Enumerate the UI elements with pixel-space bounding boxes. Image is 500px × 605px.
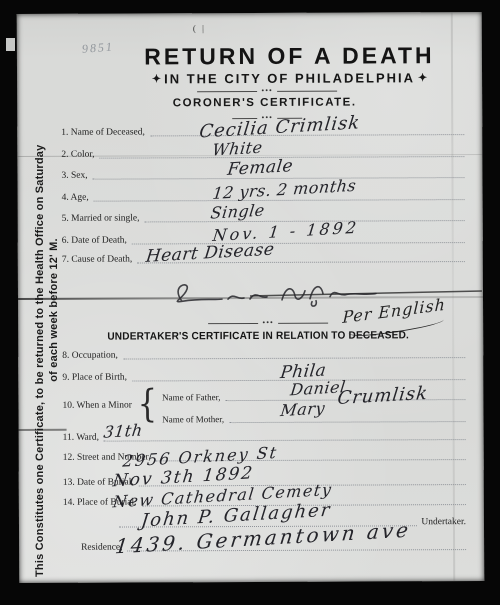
field-label: 3. Sex, — [61, 170, 92, 182]
handwritten-ward: 31th — [102, 420, 143, 441]
handwritten-sex: Female — [226, 156, 294, 180]
sidebar-instruction-line1: This Constitutes one Certificate, to be … — [33, 43, 47, 577]
handwritten-mother-name: Mary — [279, 398, 326, 420]
ornament-right-icon: ✦ — [415, 72, 430, 84]
separator-line — [208, 322, 258, 323]
undertaker-printed-label: Undertaker. — [417, 516, 466, 528]
separator-dots: ••• — [257, 87, 276, 95]
filing-mark: ( | — [193, 23, 206, 33]
handwritten-color: White — [211, 138, 263, 160]
field-label: 7. Cause of Death, — [62, 253, 138, 265]
field-label: Name of Mother, — [162, 413, 229, 425]
dotted-line — [94, 199, 465, 202]
separator: ••• — [197, 87, 337, 96]
field-label: 9. Place of Birth, — [62, 372, 132, 384]
field-label: 10. When a Minor — [62, 401, 132, 411]
dotted-line — [229, 421, 465, 423]
coroner-certificate-heading: CORONER'S CERTIFICATE. — [47, 96, 482, 110]
field-label: 5. Married or single, — [62, 212, 145, 224]
death-certificate-sheet: 9851 ( | RETURN OF A DEATH ✦IN THE CITY … — [17, 12, 484, 583]
page-subtitle: ✦IN THE CITY OF PHILADELPHIA✦ — [97, 70, 482, 87]
field-row-occupation: 8. Occupation, — [62, 346, 465, 362]
page-title: RETURN OF A DEATH — [97, 42, 482, 71]
dotted-line — [123, 357, 465, 359]
sidebar-instruction: This Constitutes one Certificate, to be … — [33, 43, 61, 577]
undertaker-certificate-heading: UNDERTAKER'S CERTIFICATE IN RELATION TO … — [42, 329, 474, 343]
scan-notch — [6, 38, 15, 51]
handwritten-name-of-deceased: Cecilia Crimlisk — [198, 112, 361, 142]
field-label: 1. Name of Deceased, — [61, 126, 150, 138]
separator-dots: ••• — [258, 319, 277, 327]
field-label: 4. Age, — [62, 192, 94, 204]
field-label: 8. Occupation, — [62, 350, 123, 362]
separator-line — [278, 322, 328, 323]
dotted-line — [104, 439, 466, 442]
sidebar-instruction-line2: of each week before 12' M. — [47, 43, 61, 577]
separator: ••• — [208, 319, 328, 328]
subtitle-text: IN THE CITY OF PHILADELPHIA — [164, 70, 415, 86]
ornament-left-icon: ✦ — [149, 73, 164, 85]
field-label: 2. Color, — [61, 149, 99, 161]
separator-line — [197, 90, 257, 91]
field-label: Name of Father, — [162, 391, 225, 403]
separator-line — [277, 90, 337, 91]
field-label: 6. Date of Death, — [62, 235, 132, 247]
field-label: 11. Ward, — [63, 432, 104, 444]
handwritten-married-or-single: Single — [210, 200, 266, 222]
